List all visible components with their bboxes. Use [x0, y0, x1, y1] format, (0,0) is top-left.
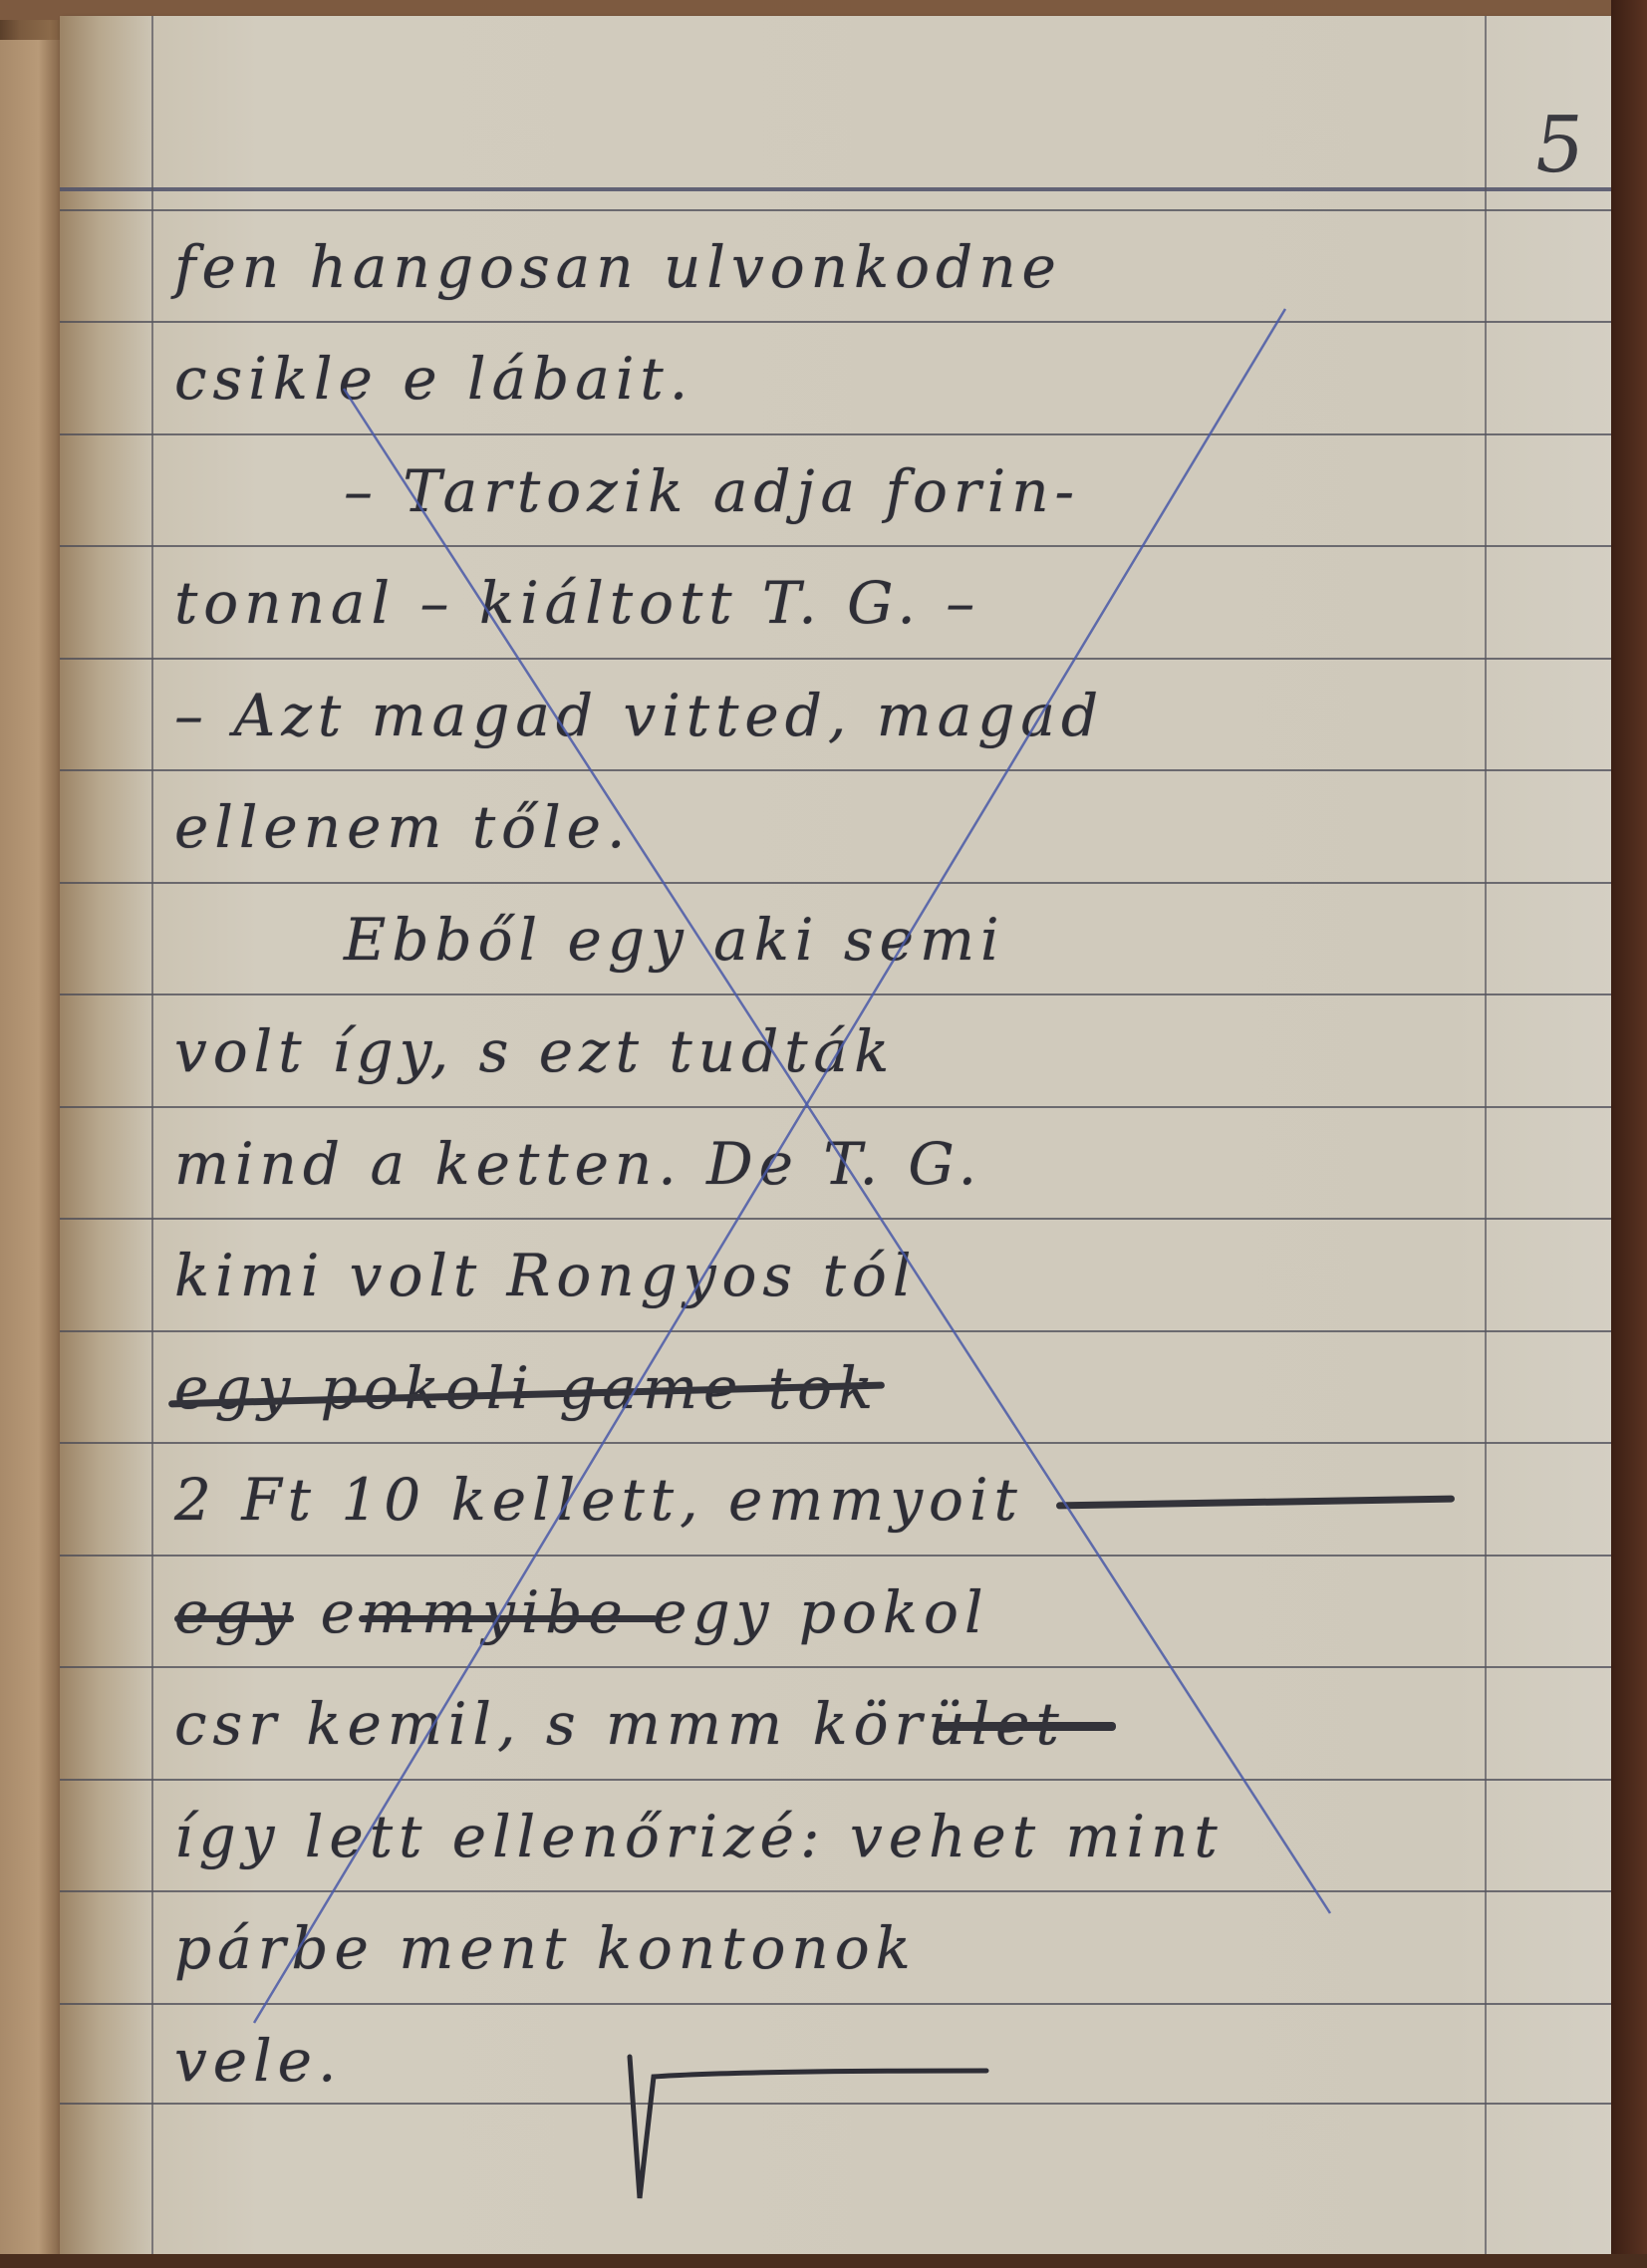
previous-page-edge: [0, 40, 64, 2262]
cancel-x-mark: [60, 16, 1614, 2258]
end-check-mark: [618, 2049, 1036, 2228]
desk-surface-bottom: [0, 2254, 1647, 2268]
notebook-page: 5 fen hangosan ulvonkodne csikle e lábai…: [60, 16, 1614, 2258]
desk-surface-right: [1611, 0, 1647, 2268]
